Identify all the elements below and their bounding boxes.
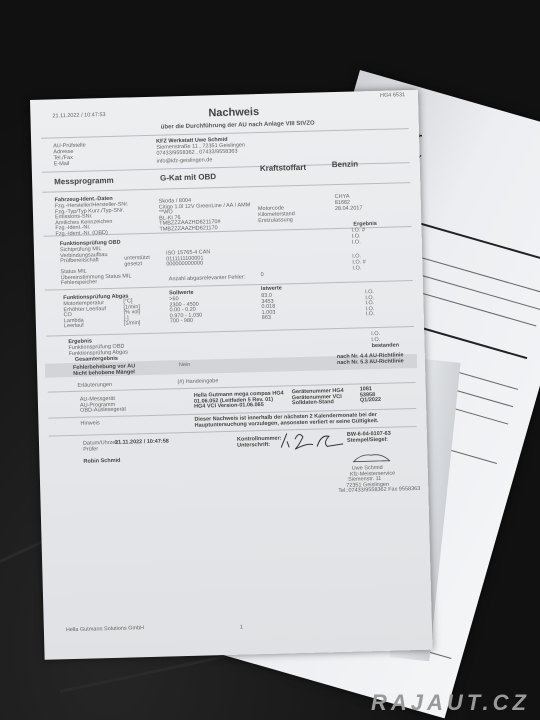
device-right-value: Q1/2022 xyxy=(360,397,381,404)
signature xyxy=(277,428,348,454)
vehicle-label: Fzg.-Ident.-Nr. (OBD) xyxy=(55,230,107,237)
corner-code: HG4 6531 xyxy=(380,92,405,99)
stamp-line: Tel.:07433/9558362 Fax 9558363 xyxy=(338,486,420,494)
document-title: Nachweis xyxy=(208,106,259,119)
date-value: 21.11.2022 / 10:47:58 xyxy=(115,438,169,445)
exhaust-target: 700 - 980 xyxy=(170,318,193,325)
fuel-value: Benzin xyxy=(332,159,358,169)
defect-label: Nicht behobene Mängel xyxy=(73,369,135,377)
station-phone: 07433/9558362 , 07433/9558363 xyxy=(156,149,237,157)
explanations-label: Erläuterungen xyxy=(77,382,112,389)
first-registration: 28.04.2017 xyxy=(335,205,363,212)
watermark: RAJAUT.CZ xyxy=(371,690,530,716)
exhaust-label: Leerlauf xyxy=(64,323,84,330)
page-number: 1 xyxy=(240,625,243,631)
device-value: HG4 VCI Version-01.06.065 xyxy=(194,402,264,410)
fuel-label: Kraftstoffart xyxy=(260,163,306,173)
obd-sublabel: gesetzt xyxy=(124,261,142,267)
error-count: 0 xyxy=(261,272,264,278)
stamp-label: Stempel/Siegel: xyxy=(347,437,388,444)
stamp-car-logo xyxy=(351,451,391,466)
print-datetime: 21.11.2022 / 10:47:53 xyxy=(52,112,105,119)
defect-value: Nein xyxy=(179,362,190,368)
actual-col-header: Istwerte xyxy=(261,285,282,292)
obd-label: Fehlerspeicher xyxy=(61,279,98,286)
signature-label: Unterschrift: xyxy=(237,442,270,449)
error-count-label: Anzahl abgasrelevanter Fehler: xyxy=(169,274,246,282)
obd-result: I.O. xyxy=(352,239,361,245)
exhaust-actual: 863 xyxy=(262,315,271,321)
obd-label: Prüfbereitschaft xyxy=(60,257,99,264)
device-label: OBD-Auslesegerät xyxy=(80,407,126,414)
measurement-program-label: Messprogramm xyxy=(54,176,114,187)
device-right-label: Solldaten-Stand xyxy=(292,399,334,406)
exhaust-result: I.O. xyxy=(366,311,375,317)
first-registration-label: Erstzulassung xyxy=(258,217,293,224)
notice-label: Hinweis xyxy=(80,420,99,427)
station-email: info@kfz-geislingen.de xyxy=(157,157,213,164)
exhaust-unit: [1/min] xyxy=(124,320,141,326)
au-certificate-document: 21.11.2022 / 10:47:53 HG4 6531 Nachweis … xyxy=(30,90,433,660)
footer-company: Hella Gutmann Solutions GmbH xyxy=(66,625,144,633)
obd-value: 000000000000 xyxy=(166,261,203,268)
label-email: E-Mail xyxy=(54,161,70,167)
overall-result: bestanden xyxy=(371,342,399,349)
document-subtitle: über die Durchführung der AU nach Anlage… xyxy=(161,121,315,131)
obd-result: I.O. xyxy=(352,265,361,271)
explanations-value: (#) Handeingabe xyxy=(177,378,218,385)
measurement-program-value: G-Kat mit OBD xyxy=(160,172,216,182)
tester-label: Prüfer xyxy=(83,446,98,452)
tester-name: Robin Schmid xyxy=(83,458,120,465)
